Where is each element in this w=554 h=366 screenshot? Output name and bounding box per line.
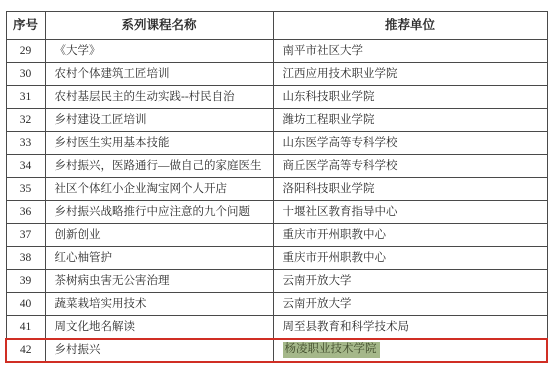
unit-cell: 江西应用技术职业学院 [273, 63, 547, 86]
unit-cell: 重庆市开州职教中心 [273, 247, 547, 270]
table-row: 35社区个体红小企业淘宝网个人开店洛阳科技职业学院 [6, 178, 547, 201]
table-row: 36乡村振兴战略推行中应注意的九个问题十堰社区教育指导中心 [6, 201, 547, 224]
table-row: 31农村基层民主的生动实践--村民自治山东科技职业学院 [6, 86, 547, 109]
row-number-cell: 36 [6, 201, 45, 224]
row-number-cell: 32 [6, 109, 45, 132]
table-row: 34乡村振兴，医路通行—做自己的家庭医生商丘医学高等专科学校 [6, 155, 547, 178]
course-name-cell: 乡村建设工匠培训 [45, 109, 273, 132]
table-row: 40蔬菜栽培实用技术云南开放大学 [6, 293, 547, 316]
table-row: 32乡村建设工匠培训潍坊工程职业学院 [6, 109, 547, 132]
row-number-cell: 31 [6, 86, 45, 109]
row-number-cell: 30 [6, 63, 45, 86]
unit-cell: 潍坊工程职业学院 [273, 109, 547, 132]
row-number-cell: 41 [6, 316, 45, 339]
table-header: 序号 系列课程名称 推荐单位 [6, 12, 547, 40]
unit-cell: 山东科技职业学院 [273, 86, 547, 109]
row-number-cell: 39 [6, 270, 45, 293]
table-row: 41周文化地名解读周至县教育和科学技术局 [6, 316, 547, 339]
unit-cell: 十堰社区教育指导中心 [273, 201, 547, 224]
course-name-cell: 蔬菜栽培实用技术 [45, 293, 273, 316]
unit-cell: 云南开放大学 [273, 293, 547, 316]
course-name-cell: 乡村振兴 [45, 339, 273, 362]
col-header-course: 系列课程名称 [45, 12, 273, 40]
row-number-cell: 37 [6, 224, 45, 247]
course-name-cell: 乡村医生实用基本技能 [45, 132, 273, 155]
row-number-cell: 40 [6, 293, 45, 316]
unit-cell: 洛阳科技职业学院 [273, 178, 547, 201]
page: 序号 系列课程名称 推荐单位 29《大学》南平市社区大学30农村个体建筑工匠培训… [0, 0, 554, 366]
course-name-cell: 茶树病虫害无公害治理 [45, 270, 273, 293]
col-header-unit: 推荐单位 [273, 12, 547, 40]
table-body: 29《大学》南平市社区大学30农村个体建筑工匠培训江西应用技术职业学院31农村基… [6, 40, 547, 362]
table-row: 42乡村振兴杨凌职业技术学院 [6, 339, 547, 362]
course-name-cell: 社区个体红小企业淘宝网个人开店 [45, 178, 273, 201]
unit-cell: 周至县教育和科学技术局 [273, 316, 547, 339]
table-row: 39茶树病虫害无公害治理云南开放大学 [6, 270, 547, 293]
course-name-cell: 农村个体建筑工匠培训 [45, 63, 273, 86]
row-number-cell: 33 [6, 132, 45, 155]
course-name-cell: 农村基层民主的生动实践--村民自治 [45, 86, 273, 109]
col-header-number: 序号 [6, 12, 45, 40]
course-name-cell: 《大学》 [45, 40, 273, 63]
unit-cell: 南平市社区大学 [273, 40, 547, 63]
row-number-cell: 35 [6, 178, 45, 201]
table-row: 33乡村医生实用基本技能山东医学高等专科学校 [6, 132, 547, 155]
unit-cell: 重庆市开州职教中心 [273, 224, 547, 247]
course-table: 序号 系列课程名称 推荐单位 29《大学》南平市社区大学30农村个体建筑工匠培训… [5, 11, 548, 363]
row-number-cell: 38 [6, 247, 45, 270]
table-row: 37创新创业重庆市开州职教中心 [6, 224, 547, 247]
unit-cell: 杨凌职业技术学院 [273, 339, 547, 362]
row-number-cell: 42 [6, 339, 45, 362]
row-number-cell: 34 [6, 155, 45, 178]
table-row: 29《大学》南平市社区大学 [6, 40, 547, 63]
course-name-cell: 乡村振兴，医路通行—做自己的家庭医生 [45, 155, 273, 178]
table-row: 38红心柚管护重庆市开州职教中心 [6, 247, 547, 270]
course-name-cell: 周文化地名解读 [45, 316, 273, 339]
course-name-cell: 红心柚管护 [45, 247, 273, 270]
unit-cell: 商丘医学高等专科学校 [273, 155, 547, 178]
table-row: 30农村个体建筑工匠培训江西应用技术职业学院 [6, 63, 547, 86]
course-name-cell: 乡村振兴战略推行中应注意的九个问题 [45, 201, 273, 224]
highlighted-unit: 杨凌职业技术学院 [283, 342, 380, 357]
header-row: 序号 系列课程名称 推荐单位 [6, 12, 547, 40]
unit-cell: 云南开放大学 [273, 270, 547, 293]
unit-cell: 山东医学高等专科学校 [273, 132, 547, 155]
row-number-cell: 29 [6, 40, 45, 63]
course-name-cell: 创新创业 [45, 224, 273, 247]
